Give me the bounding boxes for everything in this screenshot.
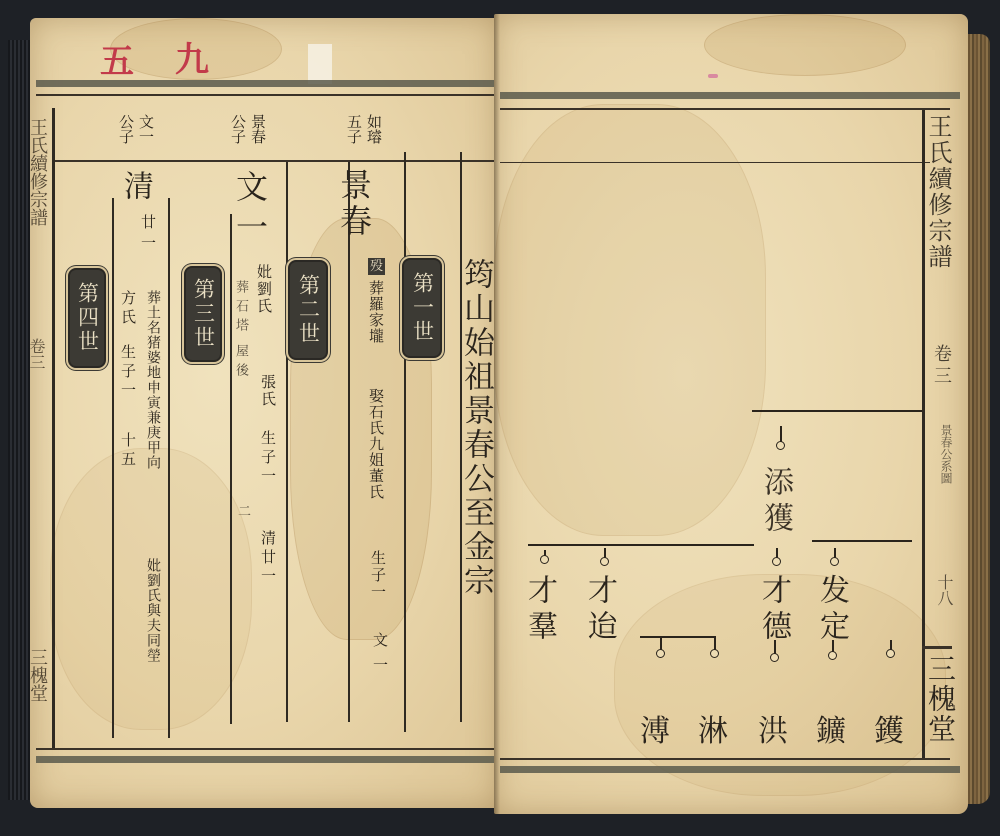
generation-1-spouses: 娶石氏九姐董氏: [368, 388, 383, 500]
tree-grandchild-name: 鑊: [874, 706, 904, 750]
generation-2-child-name: 清廿一: [260, 530, 275, 587]
column-divider: [168, 198, 170, 738]
tree-branch-line: [752, 410, 922, 412]
tree-child-name: 才德: [758, 574, 788, 646]
red-page-number-1: 五: [100, 34, 134, 83]
column-divider: [112, 198, 114, 738]
header-note-jingchun-2: 公子: [230, 114, 245, 144]
margin-page-number: 十八: [936, 574, 952, 606]
generation-badge-4: 第四世: [68, 268, 106, 368]
tree-grandchild-name: 洪: [758, 706, 788, 750]
tree-root-name: 添獲: [760, 466, 790, 538]
book-spine-shadow: [494, 14, 500, 814]
header-note-ruxuan-2: 五子: [346, 114, 361, 144]
top-border-thick: [500, 92, 960, 99]
tree-node-connector: [714, 636, 716, 650]
margin-title-right: 王氏續修宗譜: [926, 114, 950, 270]
tree-node-connector: [774, 640, 776, 654]
tree-branch-line: [812, 540, 912, 542]
header-note-wenyi-2: 公子: [118, 114, 133, 144]
header-note-line: 五子: [345, 114, 363, 144]
red-page-number-2: 九: [175, 32, 209, 81]
bottom-border-thick: [500, 766, 960, 773]
generation-badge-2: 第二世: [288, 260, 328, 360]
top-border-thin: [36, 94, 496, 96]
paper-tear: [308, 44, 332, 84]
generation-3-name: 清: [120, 170, 150, 200]
generation-3-burial: 葬土名猪婆地申寅兼庚甲向: [146, 290, 160, 470]
margin-hall-right: 三槐堂: [926, 654, 954, 744]
tree-node-connector: [604, 548, 606, 558]
header-note-line: 如璿: [365, 114, 383, 144]
generation-badge-3: 第三世: [184, 266, 222, 362]
margin-volume-right: 卷三: [932, 344, 950, 388]
generation-badge-1: 第一世: [402, 258, 442, 358]
header-note-wenyi: 文一: [138, 114, 153, 144]
generation-2-burial-2: 屋後: [234, 344, 247, 382]
column-divider: [348, 162, 350, 722]
generation-2-children: 生子一: [260, 430, 275, 487]
top-border-thick: [36, 80, 496, 87]
left-page: 五 九 文一 公子 景春 公子 如璿 五子 王氏續修宗譜 卷三 三槐堂 筠山始祖…: [30, 18, 498, 808]
margin-note-right: 景春公系圖: [940, 424, 952, 484]
top-border-thin: [500, 108, 950, 110]
margin-hall-left: 三槐堂: [28, 648, 46, 702]
header-note-ruxuan: 如璿: [366, 114, 381, 144]
tree-grandchild-name: 鑛: [816, 706, 846, 750]
tree-node-connector: [776, 548, 778, 558]
header-row-line: [500, 162, 930, 163]
water-stain: [494, 104, 766, 536]
generation-2-spouse-zhang: 張氏: [260, 374, 275, 408]
generation-1-burial: 葬羅家壠: [368, 280, 383, 344]
column-divider: [286, 162, 288, 722]
header-note-jingchun: 景春: [250, 114, 265, 144]
header-note-line: 景春: [249, 114, 267, 144]
tree-node-connector: [780, 426, 782, 442]
header-note-line: 文一: [137, 114, 155, 144]
tree-node-connector: [832, 640, 834, 652]
right-page: 王氏續修宗譜 卷三 景春公系圖 十八 三槐堂 添獲 才羣 才迨 才德 发定 溥 …: [494, 14, 968, 814]
generation-1-children: 生子一: [370, 550, 385, 601]
left-margin-line: [52, 108, 55, 748]
tree-branch-line: [528, 544, 754, 546]
red-ink-speck: [708, 74, 718, 78]
hall-box-top: [922, 646, 952, 649]
tree-node-connector: [544, 550, 546, 556]
generation-3-rank: 廿一: [140, 214, 155, 256]
generation-2-mark: 二: [236, 504, 249, 517]
generation-2-burial: 葬石塔: [234, 280, 247, 337]
tree-node-connector: [660, 636, 662, 650]
generation-1-child-name: 文一: [372, 632, 387, 682]
generation-3-spouse: 方氏: [120, 290, 135, 328]
genealogy-title-column: 筠山始祖景春公至金宗: [460, 258, 491, 598]
deceased-mark: 殁: [368, 258, 385, 275]
generation-3-child-name: 十五: [120, 432, 135, 470]
generation-2-name: 文一: [234, 170, 266, 250]
generation-3-children: 生子一: [120, 344, 135, 401]
tree-node-connector: [834, 548, 836, 558]
tree-child-name: 才羣: [524, 574, 554, 646]
bottom-border-thick: [36, 756, 496, 763]
bottom-border-thin: [36, 748, 496, 750]
tree-grandchild-name: 溥: [640, 706, 670, 750]
tree-child-name: 发定: [816, 574, 846, 646]
tree-child-name: 才迨: [584, 574, 614, 646]
header-note-line: 公子: [117, 114, 135, 144]
header-note-line: 公子: [229, 114, 247, 144]
column-divider: [230, 214, 232, 724]
generation-2-spouse-liu: 妣劉氏: [256, 264, 271, 315]
column-divider: [404, 152, 406, 732]
margin-title-left: 王氏續修宗譜: [28, 118, 46, 226]
margin-volume-left: 卷三: [28, 338, 44, 370]
water-stain: [704, 14, 906, 76]
tree-grandchild-name: 淋: [698, 706, 728, 750]
bottom-border-thin: [500, 758, 950, 760]
generation-1-name: 景春: [338, 168, 370, 240]
tree-branch-line: [640, 636, 716, 638]
generation-3-spouse-burial: 妣劉氏與夫同塋: [146, 558, 160, 663]
tree-node-connector: [890, 640, 892, 650]
grid-top-line: [52, 160, 496, 162]
